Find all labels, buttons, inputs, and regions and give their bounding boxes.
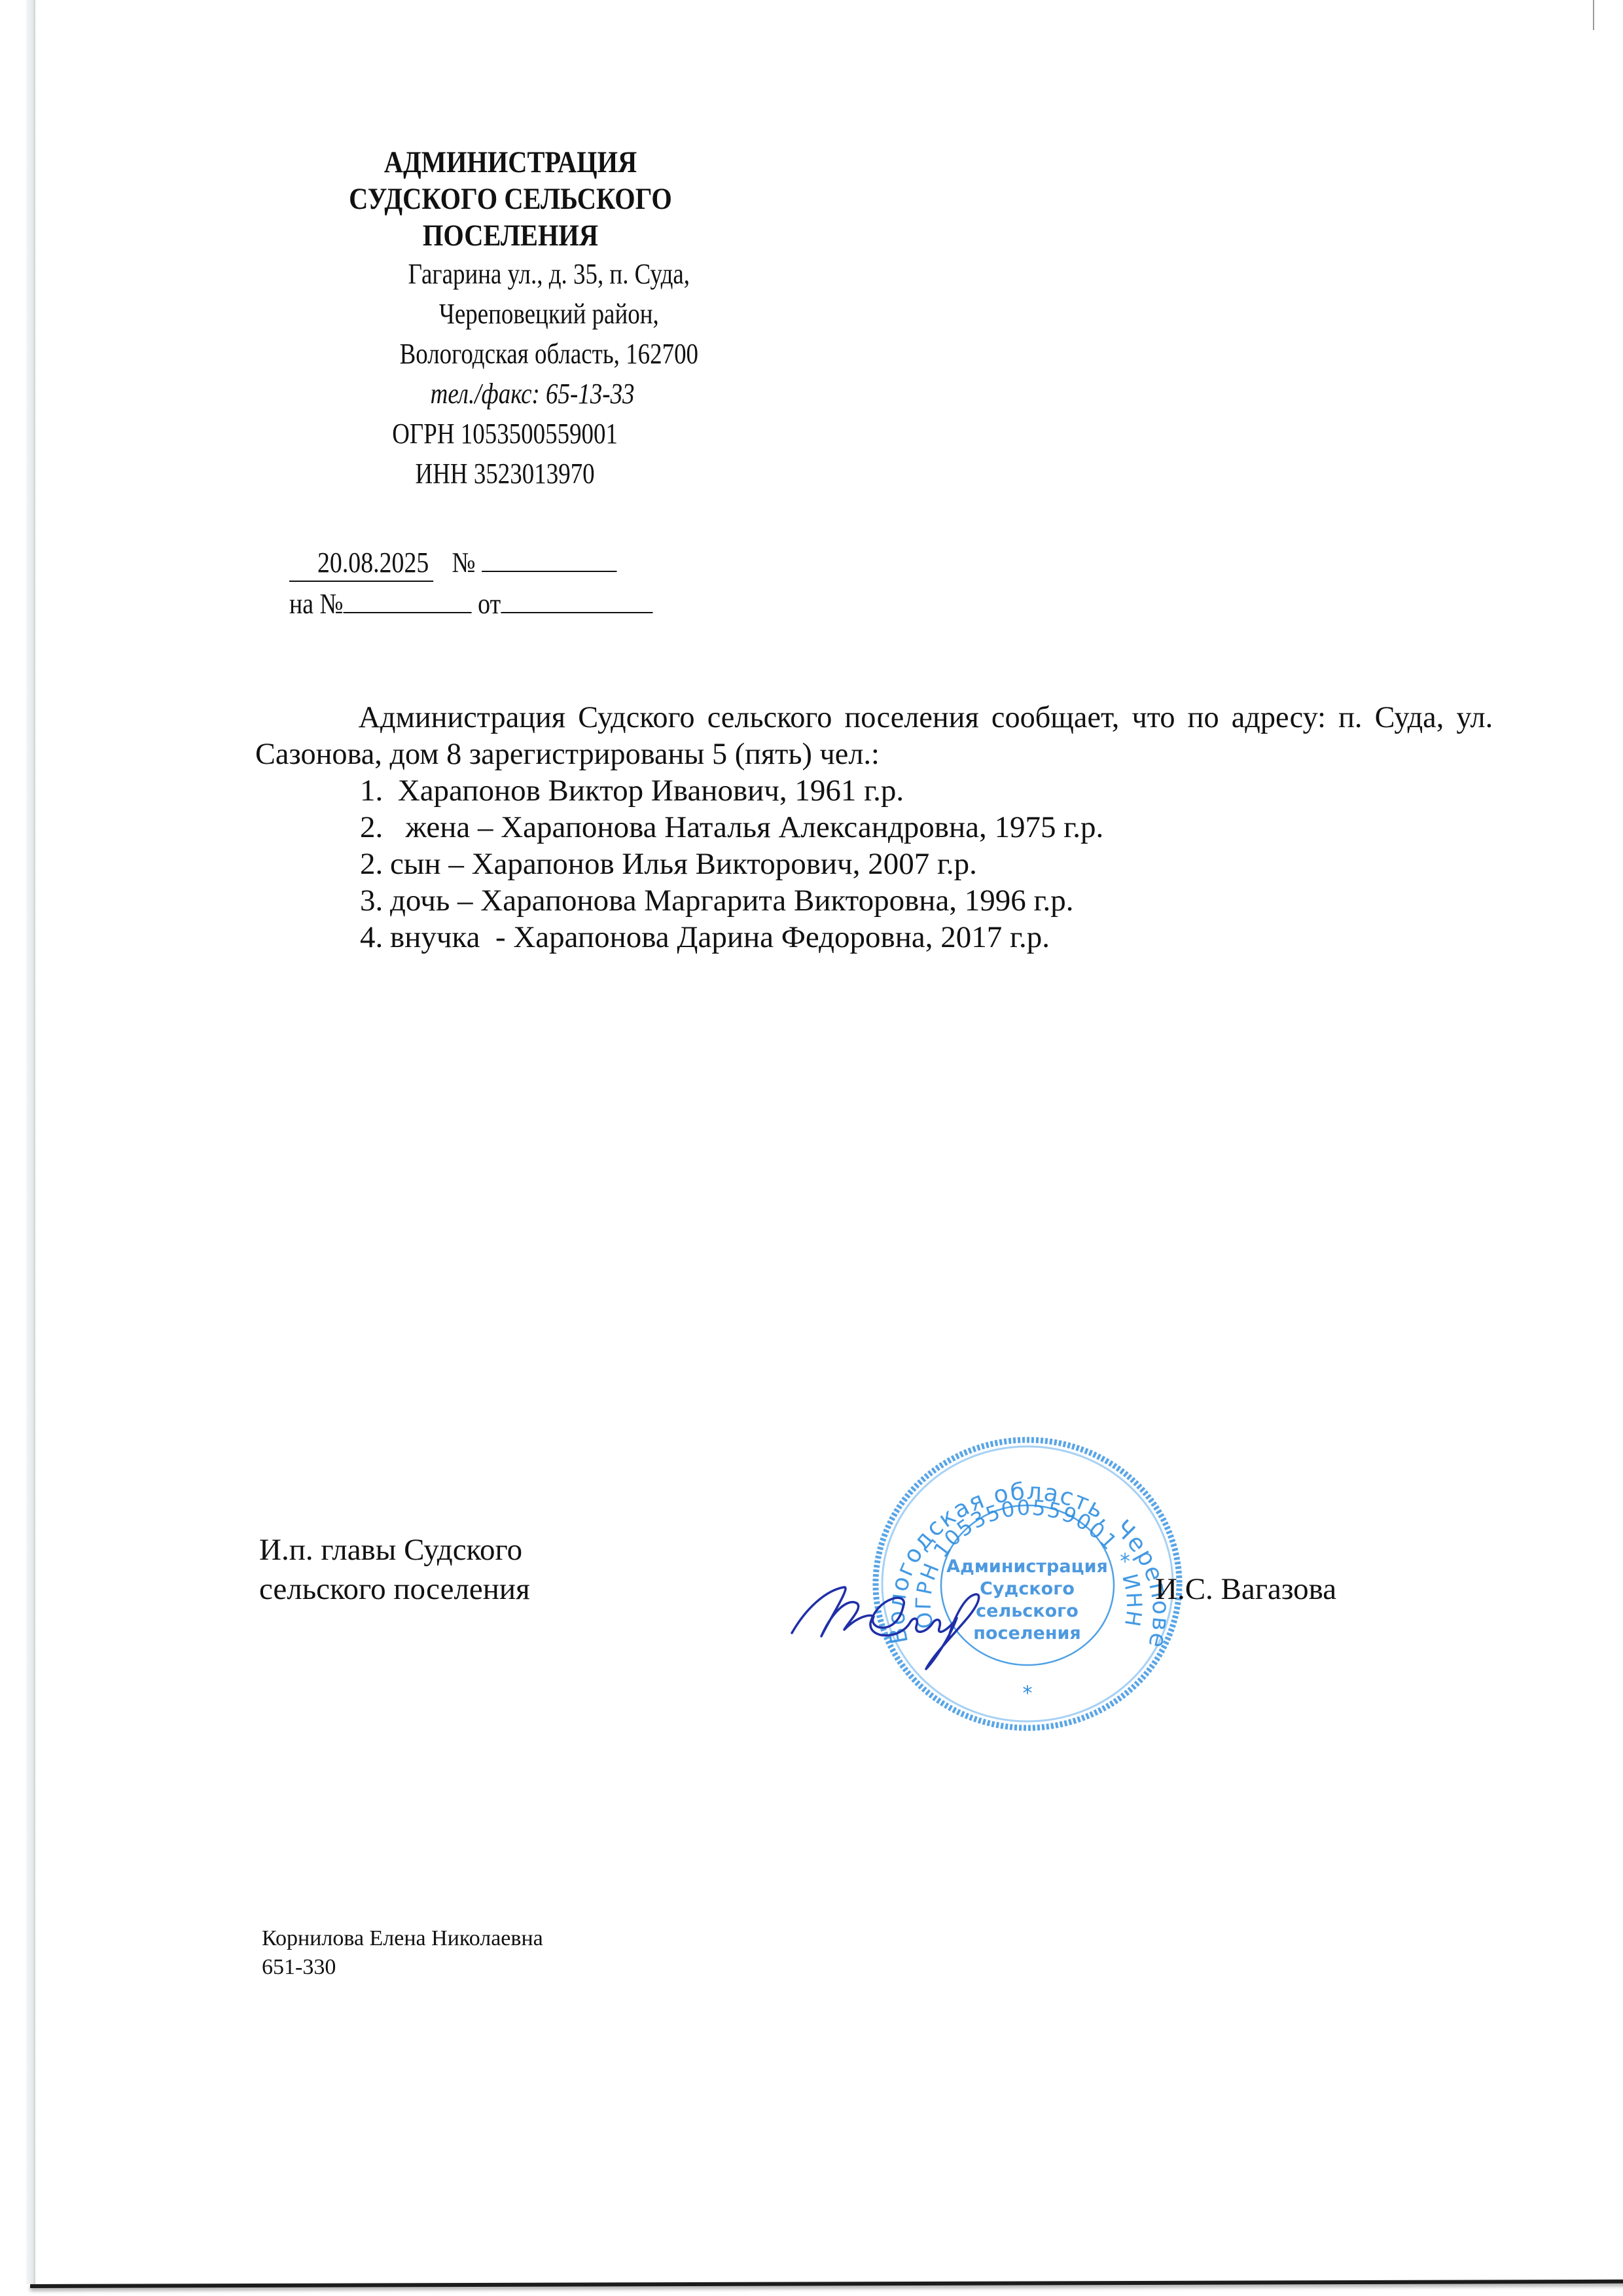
signer-position: И.п. главы Судского сельского поселения — [259, 1530, 530, 1609]
number-field — [482, 541, 616, 572]
inn: ИНН 3523013970 — [307, 454, 703, 493]
list-item: 1. Харапонов Виктор Иванович, 1961 г.р. — [360, 772, 1512, 809]
scan-top-mark — [1593, 0, 1594, 30]
org-address: Гагарина ул., д. 35, п. Суда, Череповецк… — [313, 254, 709, 374]
list-item-text: дочь – Харапонова Маргарита Викторовна, … — [390, 884, 1074, 918]
list-item-number: 4. — [360, 919, 390, 956]
list-item: 4.внучка - Харапонова Дарина Федоровна, … — [360, 919, 1512, 956]
list-item-number: 2. — [360, 846, 390, 882]
phone-fax-text: тел./факс: 65-13-33 — [334, 374, 730, 414]
address-line: Череповецкий район, — [351, 294, 747, 334]
address-line: Вологодская область, 162700 — [351, 334, 747, 374]
stamp-star: * — [1023, 1682, 1033, 1705]
scan-bottom-edge — [30, 2280, 1623, 2288]
list-item-text: Харапонов Виктор Иванович, 1961 г.р. — [390, 774, 904, 808]
org-name-line: АДМИНИСТРАЦИЯ — [308, 144, 713, 181]
list-item-number: 3. — [360, 882, 390, 919]
list-item-text: внучка - Харапонова Дарина Федоровна, 20… — [390, 920, 1050, 954]
signature-icon — [785, 1577, 995, 1676]
number-label: № — [452, 547, 476, 579]
org-name-line: СУДСКОГО СЕЛЬСКОГО — [308, 181, 713, 217]
letterhead: АДМИНИСТРАЦИЯ СУДСКОГО СЕЛЬСКОГО ПОСЕЛЕН… — [275, 144, 746, 493]
org-name-line: ПОСЕЛЕНИЯ — [308, 217, 713, 254]
executor-name: Корнилова Елена Николаевна — [262, 1924, 543, 1953]
reply-to-field — [344, 582, 472, 613]
list-item: 2. жена – Харапонова Наталья Александров… — [360, 809, 1512, 846]
executor-phone: 651-330 — [262, 1953, 543, 1982]
reply-to-label: на № — [289, 588, 344, 620]
phone-fax: тел./факс: 65-13-33 — [313, 374, 709, 414]
scan-left-edge — [26, 0, 35, 2284]
handwritten-signature — [785, 1577, 995, 1676]
list-item-text: сын – Харапонов Илья Викторович, 2007 г.… — [390, 847, 977, 881]
from-label: от — [478, 588, 501, 620]
list-item-number: 1. — [360, 772, 390, 809]
ogrn: ОГРН 1053500559001 — [307, 414, 703, 454]
signer-position-line: И.п. главы Судского — [259, 1530, 530, 1570]
address-line: Гагарина ул., д. 35, п. Суда, — [351, 254, 747, 294]
document-date: 20.08.2025 — [289, 545, 433, 582]
list-item-text: жена – Харапонова Наталья Александровна,… — [390, 810, 1103, 844]
list-item: 2.сын – Харапонов Илья Викторович, 2007 … — [360, 846, 1512, 882]
reply-row: на № от — [289, 582, 694, 622]
body-paragraph: Администрация Судского сельского поселен… — [255, 699, 1493, 772]
org-name: АДМИНИСТРАЦИЯ СУДСКОГО СЕЛЬСКОГО ПОСЕЛЕН… — [308, 144, 713, 254]
stamp-center-line: Администрация — [865, 1556, 1189, 1578]
registration-fields: 20.08.2025 № на № от — [289, 541, 694, 622]
list-item: 3.дочь – Харапонова Маргарита Викторовна… — [360, 882, 1512, 919]
executor-info: Корнилова Елена Николаевна 651-330 — [262, 1924, 543, 1982]
letter-body: Администрация Судского сельского поселен… — [255, 699, 1512, 956]
date-number-row: 20.08.2025 № — [289, 541, 694, 582]
org-ids: ОГРН 1053500559001 ИНН 3523013970 — [313, 414, 709, 493]
residents-list: 1. Харапонов Виктор Иванович, 1961 г.р. … — [360, 772, 1512, 956]
list-item-number: 2. — [360, 809, 390, 846]
signer-position-line: сельского поселения — [259, 1570, 530, 1609]
signer-name: И.С. Вагазова — [1155, 1570, 1336, 1609]
from-field — [501, 582, 652, 613]
